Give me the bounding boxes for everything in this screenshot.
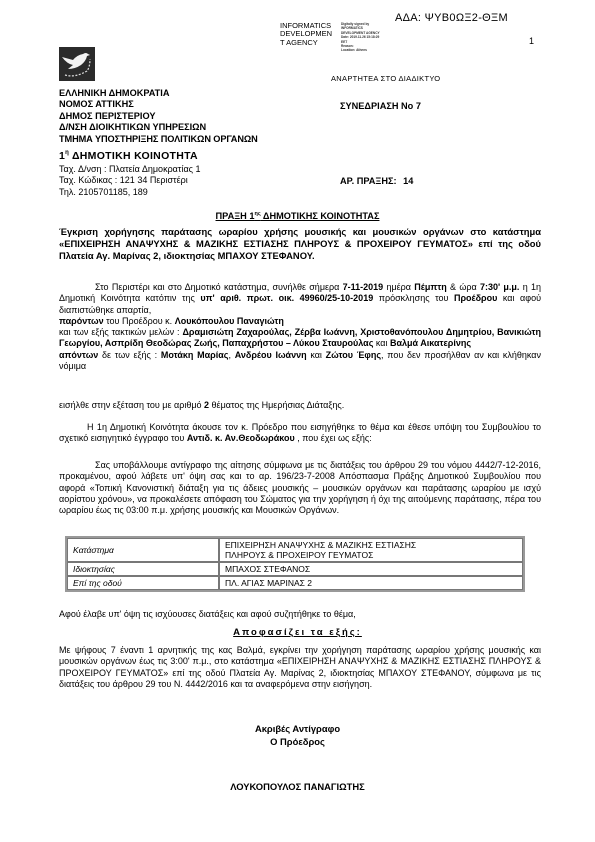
agency-stamp-label: INFORMATICS DEVELOPMEN T AGENCY bbox=[280, 22, 332, 47]
page-number: 1 bbox=[529, 36, 534, 46]
address-line: Τηλ. 2105701185, 189 bbox=[59, 187, 201, 198]
present-member-last: Βαλμά Αικατερίνης bbox=[390, 338, 471, 348]
invitation-reference: υπ' αριθ. πρωτ. οικ. 49960/25-10-2019 bbox=[200, 293, 373, 303]
report-body: Σας υποβάλλουμε αντίγραφο της αίτησης σύ… bbox=[59, 460, 541, 516]
meeting-day: Πέμπτη bbox=[414, 282, 446, 292]
text: ημέρα bbox=[383, 282, 414, 292]
value-line: ΕΠΙΧΕΙΡΗΣΗ ΑΝΑΨΥΧΗΣ & ΜΑΖΙΚΗΣ ΕΣΤΙΑΣΗΣ bbox=[225, 540, 517, 550]
decision-heading: Αποφασίζει τα εξής: bbox=[0, 627, 595, 638]
session-number: ΣΥΝΕΔΡΙΑΣΗ Νο 7 bbox=[340, 101, 421, 111]
act-number-value: 14 bbox=[403, 176, 413, 186]
table-label: Κατάστημα bbox=[67, 538, 219, 562]
certified-copy-label: Ακριβές Αντίγραφο bbox=[0, 723, 595, 734]
signature-line: Location: Athens bbox=[341, 48, 380, 52]
community-ordinal: η bbox=[65, 150, 69, 156]
absent-member: Ζώτου Έφης bbox=[326, 350, 381, 360]
org-line: ΔΗΜΟΣ ΠΕΡΙΣΤΕΡΙΟΥ bbox=[59, 111, 258, 122]
text: και bbox=[373, 338, 390, 348]
absent-word: απόντων bbox=[59, 350, 98, 360]
meeting-time: 7:30' μ.μ. bbox=[480, 282, 519, 292]
org-line: ΝΟΜΟΣ ΑΤΤΙΚΗΣ bbox=[59, 99, 258, 110]
table-row: Κατάστημα ΕΠΙΧΕΙΡΗΣΗ ΑΝΑΨΥΧΗΣ & ΜΑΖΙΚΗΣ … bbox=[67, 538, 523, 562]
community-name: ΔΗΜΟΤΙΚΗ ΚΟΙΝΟΤΗΤΑ bbox=[72, 150, 198, 162]
address-block: Ταχ. Δ/νση : Πλατεία Δημοκρατίας 1 Ταχ. … bbox=[59, 164, 201, 198]
decision-intro: Αφού έλαβε υπ' όψη τις ισχύουσες διατάξε… bbox=[59, 609, 541, 620]
agency-line: T AGENCY bbox=[280, 39, 332, 47]
president-title: Ο Πρόεδρος bbox=[0, 736, 595, 747]
subject-text: Έγκριση χορήγησης παράτασης ωραρίου χρήσ… bbox=[59, 226, 541, 262]
decision-text: Με ψήφους 7 έναντι 1 αρνητικής της κας Β… bbox=[59, 645, 541, 690]
report-author: Αντιδ. κ. Αν.Θεοδωράκου bbox=[187, 433, 295, 443]
organization-header: ΕΛΛΗΝΙΚΗ ΔΗΜΟΚΡΑΤΙΑ ΝΟΜΟΣ ΑΤΤΙΚΗΣ ΔΗΜΟΣ … bbox=[59, 88, 258, 145]
heading-prefix: ΠΡΑΞΗ 1 bbox=[216, 211, 255, 221]
president-name: Λουκόπουλου Παναγιώτη bbox=[175, 316, 284, 326]
table-row: Επί της οδού ΠΛ. ΑΓΙΑΣ ΜΑΡΙΝΑΣ 2 bbox=[67, 576, 523, 590]
report-intro: Η 1η Δημοτική Κοινότητα άκουσε τον κ. Πρ… bbox=[59, 422, 541, 445]
org-line: ΕΛΛΗΝΙΚΗ ΔΗΜΟΚΡΑΤΙΑ bbox=[59, 88, 258, 99]
act-number: ΑΡ. ΠΡΑΞΗΣ: 14 bbox=[340, 176, 413, 186]
text: πρόσκλησης του bbox=[373, 293, 454, 303]
act-heading: ΠΡΑΞΗ 1ης ΔΗΜΟΤΙΚΗΣ ΚΟΙΝΟΤΗΤΑΣ bbox=[0, 211, 595, 221]
act-number-label: ΑΡ. ΠΡΑΞΗΣ: bbox=[340, 176, 397, 186]
store-details-table: Κατάστημα ΕΠΙΧΕΙΡΗΣΗ ΑΝΑΨΥΧΗΣ & ΜΑΖΙΚΗΣ … bbox=[65, 536, 525, 592]
text: & ώρα bbox=[447, 282, 480, 292]
text: , που έχει ως εξής: bbox=[295, 433, 372, 443]
text: Στο Περιστέρι και στο Δημοτικό κατάστημα… bbox=[95, 282, 343, 292]
signatory-name: ΛΟΥΚΟΠΟΥΛΟΣ ΠΑΝΑΓΙΩΤΗΣ bbox=[0, 781, 595, 792]
value-line: ΠΛΗΡΟΥΣ & ΠΡΟΧΕΙΡΟΥ ΓΕΥΜΑΤΟΣ bbox=[225, 550, 517, 560]
community-title: 1η ΔΗΜΟΤΙΚΗ ΚΟΙΝΟΤΗΤΑ bbox=[59, 150, 198, 162]
text: εισήλθε στην εξέταση του με αριθμό bbox=[59, 400, 204, 410]
table-value: ΠΛ. ΑΓΙΑΣ ΜΑΡΙΝΑΣ 2 bbox=[219, 576, 523, 590]
dove-emblem-icon bbox=[59, 47, 95, 81]
text: του Προέδρου κ. bbox=[104, 316, 175, 326]
meeting-date: 7-11-2019 bbox=[343, 282, 384, 292]
publish-online-note: ΑΝΑΡΤΗΤΕΑ ΣΤΟ ΔΙΑΔΙΚΤΥΟ bbox=[331, 74, 440, 83]
meeting-paragraph: Στο Περιστέρι και στο Δημοτικό κατάστημα… bbox=[59, 282, 541, 372]
absent-member: Ανδρέου Ιωάννη bbox=[235, 350, 307, 360]
president-word: Προέδρου bbox=[454, 293, 497, 303]
text: δε των εξής : bbox=[98, 350, 161, 360]
org-line: Δ/ΝΣΗ ΔΙΟΙΚΗΤΙΚΩΝ ΥΠΗΡΕΣΙΩΝ bbox=[59, 122, 258, 133]
table-value: ΕΠΙΧΕΙΡΗΣΗ ΑΝΑΨΥΧΗΣ & ΜΑΖΙΚΗΣ ΕΣΤΙΑΣΗΣ Π… bbox=[219, 538, 523, 562]
table-label: Ιδιοκτησίας bbox=[67, 562, 219, 576]
table-row: Ιδιοκτησίας ΜΠΑΧΟΣ ΣΤΕΦΑΝΟΣ bbox=[67, 562, 523, 576]
table-value: ΜΠΑΧΟΣ ΣΤΕΦΑΝΟΣ bbox=[219, 562, 523, 576]
digital-signature-stamp: Digitally signed by INFORMATICS DEVELOPM… bbox=[341, 22, 380, 53]
agenda-line: εισήλθε στην εξέταση του με αριθμό 2 θέμ… bbox=[59, 400, 541, 411]
signature-line: Date: 2019.11.26 15:18:29 bbox=[341, 35, 380, 39]
ada-code: ΑΔΑ: ΨΥΒ0ΩΞ2-ΘΞΜ bbox=[395, 12, 508, 24]
absent-member: Μοτάκη Μαρίας bbox=[161, 350, 229, 360]
heading-suffix: ΔΗΜΟΤΙΚΗΣ ΚΟΙΝΟΤΗΤΑΣ bbox=[261, 211, 380, 221]
text: και bbox=[307, 350, 326, 360]
address-line: Ταχ. Κώδικας : 121 34 Περιστέρι bbox=[59, 175, 201, 186]
org-line: ΤΜΗΜΑ ΥΠΟΣΤΗΡΙΞΗΣ ΠΟΛΙΤΙΚΩΝ ΟΡΓΑΝΩΝ bbox=[59, 134, 258, 145]
present-word: παρόντων bbox=[59, 316, 104, 326]
text: θέματος της Ημερήσιας Διάταξης. bbox=[209, 400, 344, 410]
address-line: Ταχ. Δ/νση : Πλατεία Δημοκρατίας 1 bbox=[59, 164, 201, 175]
text: και των εξής τακτικών μελών : bbox=[59, 327, 182, 337]
table-label: Επί της οδού bbox=[67, 576, 219, 590]
